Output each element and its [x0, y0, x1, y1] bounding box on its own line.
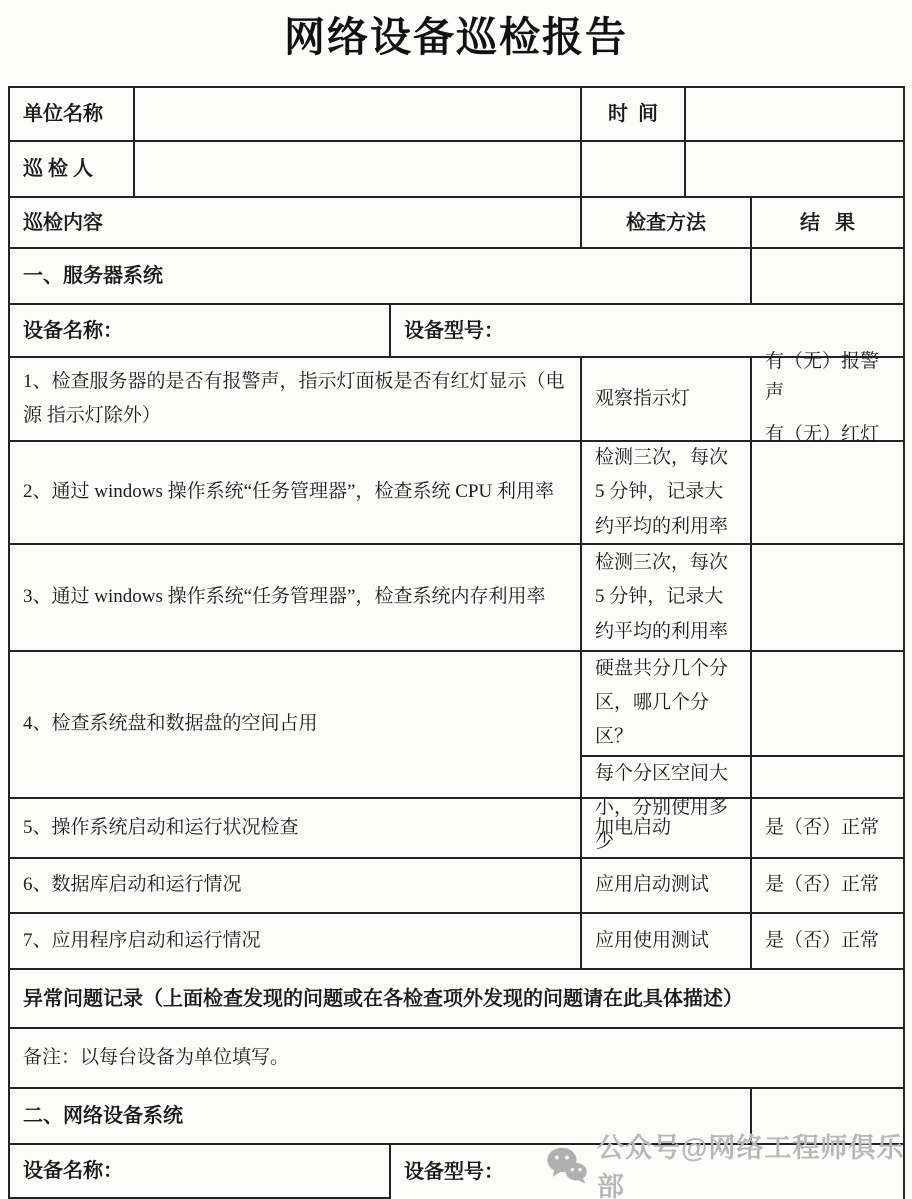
- inspection-report-page: { "document": { "title": "网络设备巡检报告", "he…: [0, 0, 912, 1199]
- column-header-result: 结 果: [752, 198, 903, 247]
- item5-method: 加电启动: [582, 799, 752, 857]
- inspector-blank-cell-2: [686, 142, 903, 196]
- item3-content: 3、通过 windows 操作系统“任务管理器”，检查系统内存利用率: [10, 545, 582, 650]
- item-row-5: 5、操作系统启动和运行状况检查 加电启动 是（否）正常: [10, 799, 903, 859]
- item6-method: 应用启动测试: [582, 859, 752, 912]
- item4-result-1: [752, 652, 903, 755]
- item4-subrow-1: 硬盘共分几个分区，哪几个分区？: [582, 652, 903, 757]
- item2-result: [752, 442, 903, 543]
- item2-content: 2、通过 windows 操作系统“任务管理器”，检查系统 CPU 利用率: [10, 442, 582, 543]
- item-row-4: 4、检查系统盘和数据盘的空间占用 硬盘共分几个分区，哪几个分区？ 每个分区空间大…: [10, 652, 903, 799]
- header-row-unit: 单位名称 时 间: [10, 88, 903, 142]
- item6-content: 6、数据库启动和运行情况: [10, 859, 582, 912]
- unit-name-label: 单位名称: [10, 88, 135, 140]
- section1-title: 一、服务器系统: [10, 249, 752, 303]
- item6-result: 是（否）正常: [752, 859, 903, 912]
- remark-row: 备注：以每台设备为单位填写。: [10, 1029, 903, 1089]
- item1-method: 观察指示灯: [582, 358, 752, 440]
- item7-result: 是（否）正常: [752, 914, 903, 968]
- inspection-table: 单位名称 时 间 巡 检 人 巡检内容 检查方法 结 果 一、服务器系统 设备名…: [8, 86, 905, 1199]
- item2-method: 检测三次，每次 5 分钟，记录大约平均的利用率: [582, 442, 752, 543]
- section2-device-row: 设备名称： 设备型号：: [10, 1145, 903, 1199]
- inspector-label: 巡 检 人: [10, 142, 135, 196]
- item3-method: 检测三次，每次 5 分钟，记录大约平均的利用率: [582, 545, 752, 650]
- issue-record-text: 异常问题记录（上面检查发现的问题或在各检查项外发现的问题请在此具体描述）: [10, 970, 903, 1027]
- section2-title-blank-cell: [752, 1089, 903, 1143]
- item-row-2: 2、通过 windows 操作系统“任务管理器”，检查系统 CPU 利用率 检测…: [10, 442, 903, 545]
- item-row-7: 7、应用程序启动和运行情况 应用使用测试 是（否）正常: [10, 914, 903, 970]
- item-row-6: 6、数据库启动和运行情况 应用启动测试 是（否）正常: [10, 859, 903, 914]
- item4-content: 4、检查系统盘和数据盘的空间占用: [10, 652, 582, 797]
- page-title: 网络设备巡检报告: [0, 4, 912, 63]
- item7-content: 7、应用程序启动和运行情况: [10, 914, 582, 968]
- item7-method: 应用使用测试: [582, 914, 752, 968]
- item1-result: 有（无）报警声 有（无）红灯: [752, 358, 903, 440]
- unit-name-value-cell: [135, 88, 582, 140]
- inspector-blank-cell-1: [582, 142, 686, 196]
- item3-result: [752, 545, 903, 650]
- section2-title: 二、网络设备系统: [10, 1089, 752, 1143]
- item4-method-1: 硬盘共分几个分区，哪几个分区？: [582, 652, 752, 755]
- device-name-label-2: 设备名称：: [10, 1145, 391, 1199]
- header-row-inspector: 巡 检 人: [10, 142, 903, 198]
- issue-record-row: 异常问题记录（上面检查发现的问题或在各检查项外发现的问题请在此具体描述）: [10, 970, 903, 1029]
- column-header-method: 检查方法: [582, 198, 752, 247]
- item-row-1: 1、检查服务器的是否有报警声，指示灯面板是否有红灯显示（电源 指示灯除外） 观察…: [10, 358, 903, 442]
- section1-title-row: 一、服务器系统: [10, 249, 903, 305]
- item5-result: 是（否）正常: [752, 799, 903, 857]
- device-model-label-2: 设备型号：: [391, 1145, 903, 1199]
- column-header-row: 巡检内容 检查方法 结 果: [10, 198, 903, 249]
- time-value-cell: [686, 88, 903, 140]
- device-name-label: 设备名称：: [10, 305, 391, 356]
- item1-content: 1、检查服务器的是否有报警声，指示灯面板是否有红灯显示（电源 指示灯除外）: [10, 358, 582, 440]
- item1-result-line1: 有（无）报警声: [765, 347, 895, 408]
- section2-title-row: 二、网络设备系统: [10, 1089, 903, 1145]
- section1-title-blank-cell: [752, 249, 903, 303]
- item-row-3: 3、通过 windows 操作系统“任务管理器”，检查系统内存利用率 检测三次，…: [10, 545, 903, 652]
- time-label: 时 间: [582, 88, 686, 140]
- item5-content: 5、操作系统启动和运行状况检查: [10, 799, 582, 857]
- item4-subrows: 硬盘共分几个分区，哪几个分区？ 每个分区空间大小，分别使用多少: [582, 652, 903, 797]
- remark-text: 备注：以每台设备为单位填写。: [10, 1029, 903, 1087]
- column-header-content: 巡检内容: [10, 198, 582, 247]
- inspector-value-cell: [135, 142, 582, 196]
